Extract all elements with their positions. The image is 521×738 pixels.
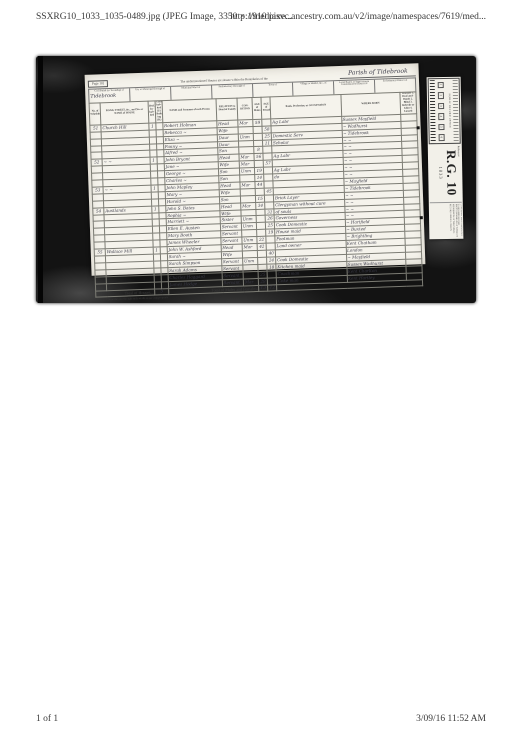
- col-condition: CON-DITION: [237, 98, 252, 120]
- col-disabilities: Whether 1. Deaf-and-Dumb 2. Blind 3. Imb…: [399, 92, 416, 114]
- col-where-born: WHERE BORN: [341, 92, 401, 116]
- ruler-number: 2: [438, 92, 444, 99]
- district-box: Village or Hamlet, &c., of: [293, 81, 334, 95]
- total-houses-label: Total of Houses...: [96, 289, 155, 298]
- district-box: City or Municipal Borough of: [130, 87, 171, 101]
- col-road: ROAD, STREET, &c., and No. or NAME of HO…: [101, 101, 149, 124]
- district-box-label: Ecclesiastical District of: [383, 78, 408, 82]
- district-box: Municipal Ward of: [171, 85, 212, 99]
- district-box-value: Tidebrook: [90, 94, 116, 100]
- district-box-label: Village or Hamlet, &c., of: [300, 81, 326, 85]
- col-schedule: No. of Schedule: [89, 103, 101, 125]
- census-document: Page 10] The undermentioned Houses are s…: [85, 63, 426, 276]
- pro-reference-strip: PUBLIC RECORD OFFICE 1 2 3 4 5 6 Referen…: [427, 77, 464, 240]
- reference-strip-content: PUBLIC RECORD OFFICE 1 2 3 4 5 6 Referen…: [427, 77, 464, 240]
- district-box: Town of: [253, 83, 294, 97]
- page-number-box: Page 10]: [88, 80, 108, 87]
- col-uninhabited: Unin-hab-ited (U.) Build-ing (B.): [155, 101, 163, 123]
- reference-label: Reference:: [457, 146, 460, 157]
- total-houses-value: 5: [154, 288, 169, 295]
- census-table: No. of Schedule ROAD, STREET, &c., and N…: [89, 91, 424, 298]
- public-record-office-label: PUBLIC RECORD OFFICE: [447, 79, 450, 142]
- ruler-number: 1: [438, 82, 444, 89]
- ruler-number: 3: [438, 103, 444, 110]
- copyright-notice: COPYRIGHT PHOTOGRAPH NOT TO BE REPRODUCE…: [430, 202, 463, 239]
- ruler-number: 5: [439, 124, 445, 131]
- total-females: 12: [268, 284, 277, 291]
- district-box-label: Municipal Ward of: [181, 85, 200, 89]
- census-scan-image[interactable]: Page 10] The undermentioned Houses are s…: [36, 56, 476, 303]
- browser-image-url: http://mediasvc.ancestry.com.au/v2/image…: [230, 12, 486, 22]
- district-box-label: Parliamentary Borough of: [219, 84, 245, 88]
- district-box-label: Local Board, or Improvement Commissioner…: [339, 80, 369, 86]
- district-box: Ecclesiastical District of: [375, 78, 415, 92]
- punch-mark: [417, 126, 420, 129]
- ruler-number: 6: [439, 134, 445, 141]
- district-box-label: Town of: [268, 83, 276, 86]
- col-relation: RELATION to Head of Family: [216, 98, 238, 121]
- col-name: NAME and Surname of each Person: [162, 99, 217, 123]
- district-box-label: City or Municipal Borough of: [135, 87, 165, 91]
- ruler-card: PUBLIC RECORD OFFICE 1 2 3 4 5 6: [428, 78, 461, 145]
- ruler-number: 4: [438, 113, 444, 120]
- record-series-block: Reference: R.G. 10 1033: [429, 144, 462, 203]
- district-box: Parliamentary Borough of: [212, 84, 253, 98]
- print-timestamp: 3/09/16 11:52 AM: [416, 714, 486, 724]
- col-occupation: Rank, Profession, or OCCUPATION: [270, 94, 341, 118]
- ruler-numbers: 1 2 3 4 5 6: [438, 80, 445, 143]
- punch-mark: [420, 216, 423, 219]
- ruler-ticks-top: [453, 79, 459, 142]
- census-rows: 51 Church Hill 1 Robert Holman Head Mar …: [90, 114, 423, 291]
- district-box: Civil Parish (or Township) of Tidebrook: [89, 88, 130, 102]
- print-preview-page: SSXRG10_1033_1035-0489.jpg (JPEG Image, …: [0, 0, 521, 738]
- total-males: 13: [259, 285, 268, 292]
- ruler-ticks-bottom: [429, 80, 435, 143]
- print-page-count: 1 of 1: [36, 714, 58, 724]
- district-box-label: Civil Parish (or Township) of: [94, 88, 123, 92]
- district-box: Local Board, or Improvement Commissioner…: [334, 80, 375, 94]
